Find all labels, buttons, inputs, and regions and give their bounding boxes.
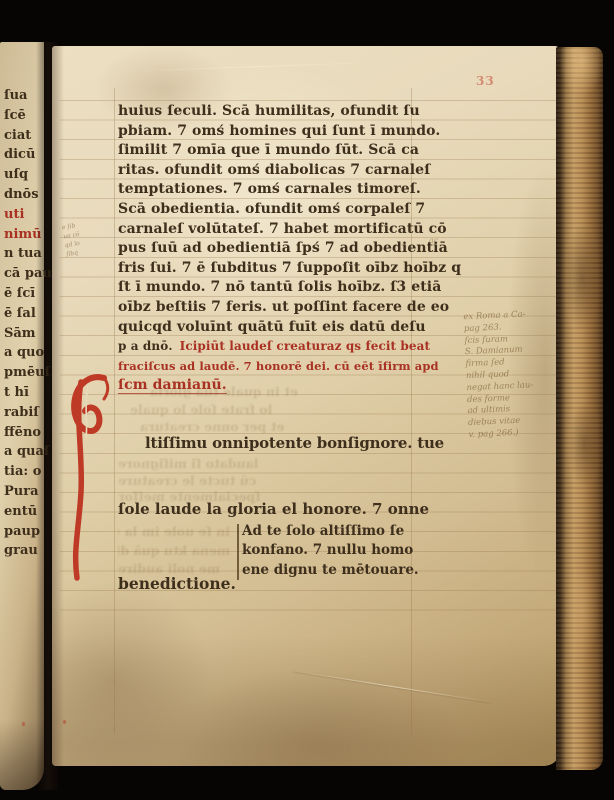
decorated-initial-A xyxy=(64,372,112,584)
manuscript-photo: ſua ſcē ciat dicū uſq dnōs uti nimū n tu… xyxy=(0,0,614,800)
show-through-text: lo frate ſole lo quale xyxy=(130,402,272,417)
main-text-line: temptationes. 7 omś carnales timoreſ. xyxy=(118,180,458,200)
show-through-text: mena ktu quā diu xyxy=(118,543,230,558)
canticle-inset-block: Ad te ſolo altiſſimo ſe konfano. 7 nullu… xyxy=(242,522,419,580)
canticle-inset-line: konfano. 7 nullu homo xyxy=(242,541,419,560)
main-text-line: ritas. ofundit omś diabolicas 7 carnaleſ xyxy=(118,161,458,181)
folio-number: 33 xyxy=(476,74,495,88)
marginal-note: ex Roma a Ca- pag 263. ſcis ſuram S. Dam… xyxy=(463,308,567,442)
fore-edge xyxy=(556,47,603,770)
show-through-text: laudato ſi miſignore xyxy=(118,456,259,471)
red-speck xyxy=(63,720,66,724)
canticle-inset-line: ene dignu te mētouare. xyxy=(242,561,419,580)
manuscript-page: 33 e ſib ua cō qd īo ſibq ac huius ſecul… xyxy=(52,46,560,766)
main-text-line: Scā obedientia. ofundit omś corpaleſ 7 xyxy=(118,200,458,220)
canticle-line-2: ſole laude la gloria el honore. 7 onne xyxy=(118,500,429,518)
canticle-inset-line: Ad te ſolo altiſſimo ſe xyxy=(242,522,419,541)
vertical-ruling-left xyxy=(114,88,115,734)
main-text-block: huius ſeculi. Scā humilitas, ofundit ſu … xyxy=(118,102,458,396)
canticle-line-3: benedictione. xyxy=(118,574,236,593)
parchment-crease xyxy=(132,61,392,71)
main-text-line: oībz beſtiis 7 feris. ut poſſint facere … xyxy=(118,298,458,318)
show-through-text: et per onne creatura xyxy=(140,419,284,434)
inset-divider-stroke xyxy=(237,524,239,580)
main-text-line: quicqd voluīnt quātū fuīt eis datū deſu xyxy=(118,318,458,338)
rubric-incipit: Icipiūt laudeſ creaturaz qs fecit beat xyxy=(180,339,431,353)
main-text-line: fris ſui. 7 ē ſubditus 7 ſuppoſit oībz h… xyxy=(118,259,458,279)
main-text-line: ſt ī mundo. 7 nō tantū ſolis hoībz. ſ3 e… xyxy=(118,278,458,298)
show-through-text: et in quale tua gloria xyxy=(150,384,298,399)
main-text-line: huius ſeculi. Scā humilitas, ofundit ſu xyxy=(118,102,458,122)
main-text-line: carnaleſ volūtateſ. 7 habet mortificatū … xyxy=(118,220,458,240)
main-text-line: pbiam. 7 omś homines qui ſunt ī mundo. xyxy=(118,122,458,142)
main-text-line: ſimilit 7 omīa que ī mundo ſūt. Scā ca xyxy=(118,141,458,161)
main-text-line: pus ſuū ad obedientiā ſpś 7 ad obedienti… xyxy=(118,239,458,259)
main-text-end: p a dnō. xyxy=(118,339,173,353)
red-speck xyxy=(22,722,25,726)
parchment-crease xyxy=(293,670,491,702)
rubric-line: fraciſcus ad laudē. 7 honorē dei. cū eēt… xyxy=(118,357,458,377)
main-text-line-mixed: p a dnō.Icipiūt laudeſ creaturaz qs feci… xyxy=(118,337,458,357)
show-through-text: cū tucte le creature xyxy=(118,473,256,488)
canticle-line-1: ltiſſimu onnipotente bonſignore. tue xyxy=(145,434,444,452)
show-through-text: in ſe uole im la uale xyxy=(118,524,230,539)
